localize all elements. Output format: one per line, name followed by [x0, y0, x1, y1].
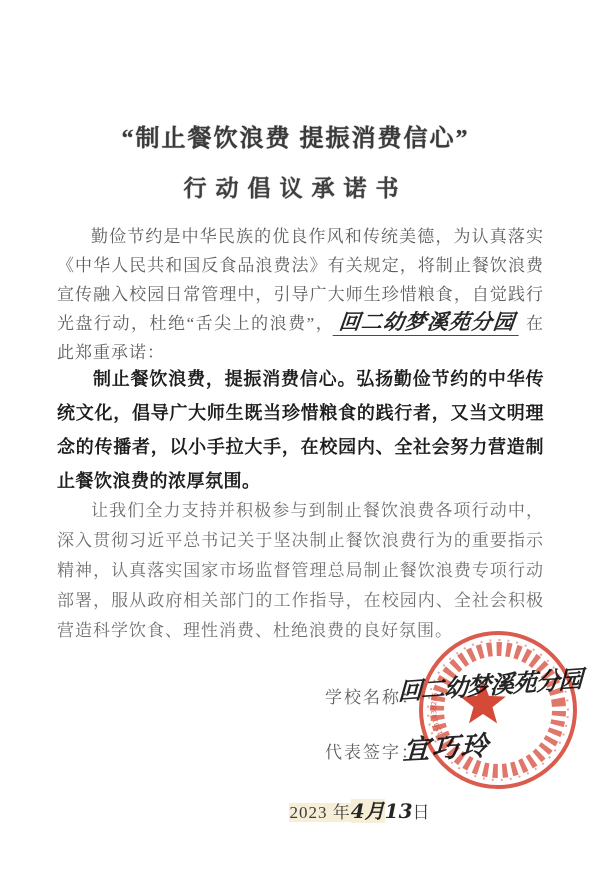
handwritten-day: 13	[385, 799, 413, 823]
stamp-outer-ring	[421, 633, 575, 787]
date-day-unit: 日	[413, 803, 431, 822]
paragraph-pledge: 制止餐饮浪费，提振消费信心。弘扬勤俭节约的中华传统文化，倡导广大师生既当珍惜粮食…	[57, 362, 544, 498]
date-year-unit: 年	[327, 803, 350, 822]
document-page: “制止餐饮浪费 提振消费信心” 行动倡议承诺书 勤俭节约是中华民族的优良作风和传…	[0, 0, 591, 886]
handwritten-school-name-inline: 回二幼梦溪苑分园	[333, 310, 522, 336]
date-year: 2023	[289, 803, 327, 822]
document-title: “制止餐饮浪费 提振消费信心”	[0, 118, 591, 153]
document-subtitle: 行动倡议承诺书	[0, 170, 591, 203]
paragraph-intro: 勤俭节约是中华民族的优良作风和传统美德，为认真落实《中华人民共和国反食品浪费法》…	[57, 222, 544, 367]
stamp-arc-script	[429, 641, 567, 779]
stamp-star-icon	[460, 680, 506, 723]
handwritten-month: 4月	[351, 799, 385, 823]
date-line: 2023 年4月13日	[230, 795, 490, 824]
official-red-stamp: 1501030245	[410, 622, 586, 798]
stamp-seal-icon: 1501030245	[410, 622, 586, 798]
